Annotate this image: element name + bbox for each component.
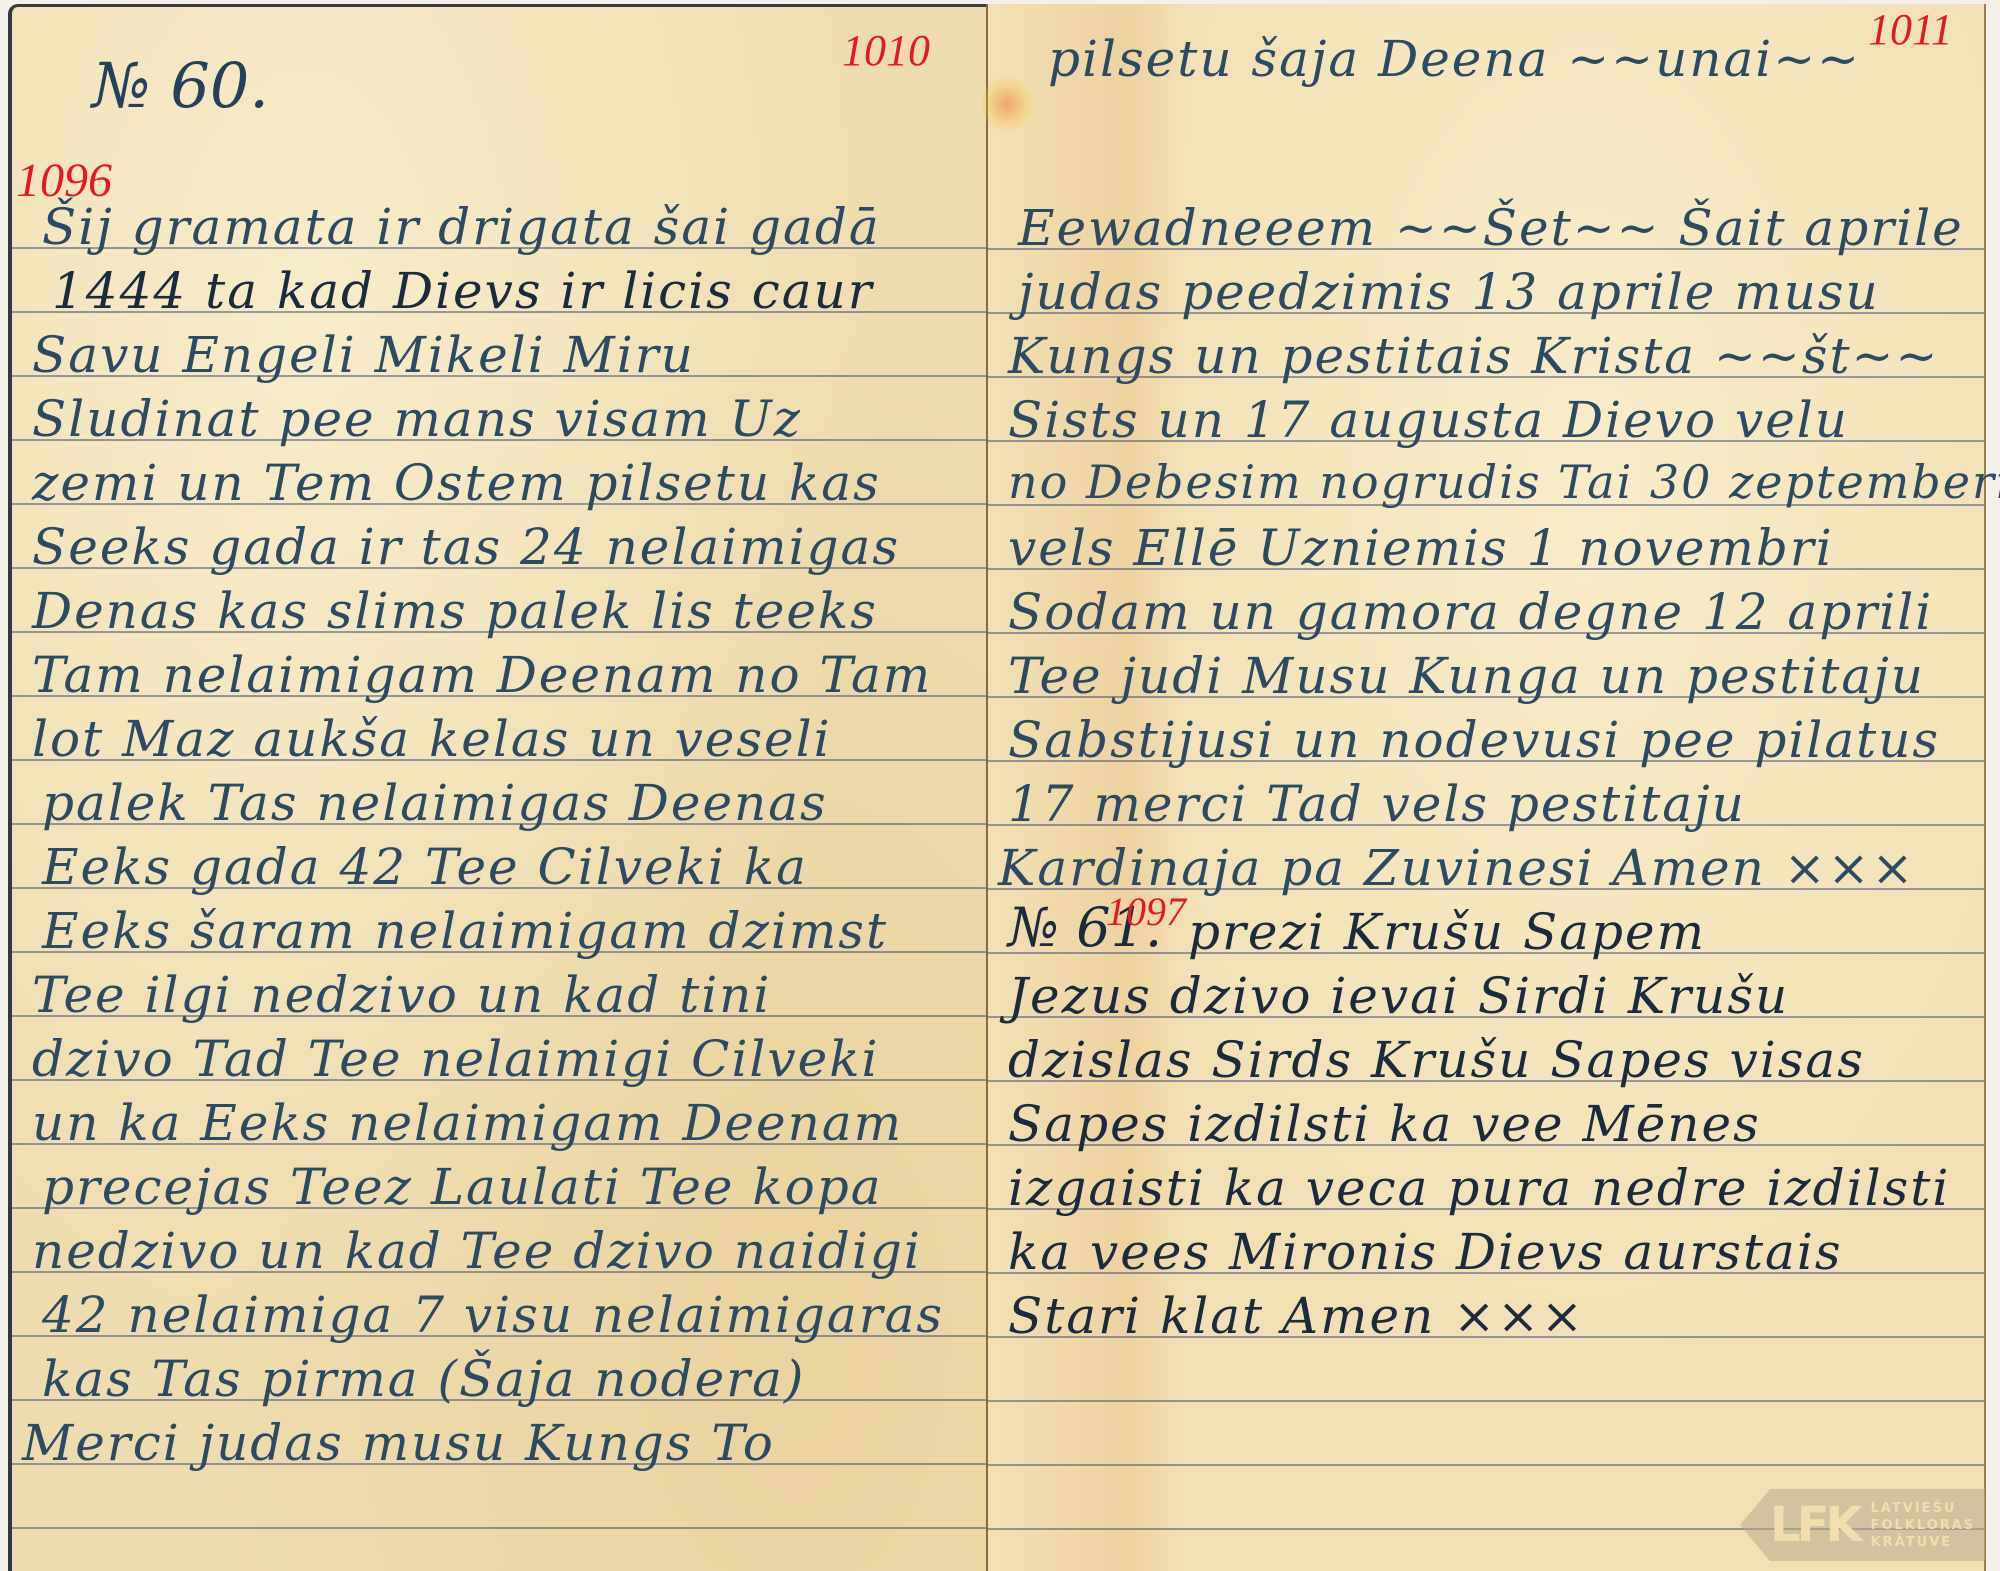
text-line: Sapes izdilsti ka vee Mēnes bbox=[1008, 1099, 1761, 1149]
left-page: № 60. 1010 1096 Šij gramata ir drigata š… bbox=[8, 4, 989, 1571]
text-line: 17 merci Tad vels pestitaju bbox=[1008, 779, 1746, 829]
text-line: no Debesim nogrudis Tai 30 zeptemberi bbox=[1008, 459, 2000, 505]
text-line: Savu Engeli Mikeli Miru bbox=[32, 330, 695, 380]
text-line: nedzivo un kad Tee dzivo naidigi bbox=[32, 1226, 922, 1276]
entry-number: № 60. bbox=[92, 55, 269, 117]
watermark-line: KRĀTUVE bbox=[1871, 1534, 1976, 1551]
text-line: Kardinaja pa Zuvinesi Amen ××× bbox=[998, 843, 1915, 893]
text-line: Sludinat pee mans visam Uz bbox=[32, 394, 802, 444]
text-line: palek Tas nelaimigas Deenas bbox=[42, 778, 828, 828]
ink-stain bbox=[982, 74, 1032, 134]
text-line: Eeks šaram nelaimigam dzimst bbox=[42, 906, 888, 956]
archive-watermark: LFK LATVIEŠU FOLKLORAS KRĀTUVE bbox=[1740, 1489, 1985, 1561]
text-line: 1444 ta kad Dievs ir licis caur bbox=[52, 266, 874, 316]
notebook-spread: № 60. 1010 1096 Šij gramata ir drigata š… bbox=[0, 0, 2000, 1571]
text-line: 42 nelaimiga 7 visu nelaimigaras bbox=[42, 1290, 944, 1340]
text-line: Tee ilgi nedzivo un kad tini bbox=[32, 970, 771, 1020]
text-line: Denas kas slims palek lis teeks bbox=[32, 586, 878, 636]
text-line: prezi Krušu Sapem bbox=[1188, 907, 1706, 957]
ruled-line bbox=[12, 1527, 989, 1529]
text-line: Eewadneeem ~~Šet~~ Šait aprile bbox=[1018, 203, 1964, 253]
text-line: lot Maz aukša kelas un veseli bbox=[32, 714, 832, 764]
text-line: vels Ellē Uzniemis 1 novembri bbox=[1008, 523, 1834, 573]
ruled-line bbox=[988, 1400, 1984, 1402]
text-line: Tee judi Musu Kunga un pestitaju bbox=[1008, 651, 1925, 701]
text-line: Stari klat Amen ××× bbox=[1008, 1291, 1585, 1341]
watermark-line: LATVIEŠU bbox=[1871, 1500, 1976, 1517]
right-page: 1011 pilsetu šaja Deena ~~unai~~ Eewadne… bbox=[986, 4, 1986, 1571]
page-number: 1011 bbox=[1868, 8, 1953, 52]
page-number: 1010 bbox=[842, 29, 930, 73]
text-line: Eeks gada 42 Tee Cilveki ka bbox=[42, 842, 808, 892]
text-line: dzivo Tad Tee nelaimigi Cilveki bbox=[32, 1034, 880, 1084]
text-line: Sists un 17 augusta Dievo velu bbox=[1008, 395, 1849, 445]
text-line: un ka Eeks nelaimigam Deenam bbox=[32, 1098, 903, 1148]
text-line: Sabstijusi un nodevusi pee pilatus bbox=[1008, 715, 1940, 765]
text-line: dzislas Sirds Krušu Sapes visas bbox=[1008, 1035, 1865, 1085]
text-line: Merci judas musu Kungs To bbox=[22, 1418, 775, 1468]
text-line: judas peedzimis 13 aprile musu bbox=[1018, 267, 1880, 317]
text-line: Šij gramata ir drigata šai gadā bbox=[42, 202, 881, 252]
text-line: Kungs un pestitais Krista ~~št~~ bbox=[1008, 331, 1939, 381]
item-number: 1097 bbox=[1106, 892, 1186, 932]
text-line: Jezus dzivo ievai Sirdi Krušu bbox=[1008, 971, 1789, 1021]
watermark-text: LATVIEŠU FOLKLORAS KRĀTUVE bbox=[1871, 1500, 1976, 1551]
watermark-line: FOLKLORAS bbox=[1871, 1517, 1976, 1534]
text-line: Tam nelaimigam Deenam no Tam bbox=[32, 650, 932, 700]
lfk-logo-icon: LFK bbox=[1770, 1497, 1859, 1553]
text-line: ka vees Mironis Dievs aurstais bbox=[1008, 1227, 1843, 1277]
text-line: precejas Teez Laulati Tee kopa bbox=[42, 1162, 883, 1212]
text-line: zemi un Tem Ostem pilsetu kas bbox=[32, 458, 881, 508]
text-line: pilsetu šaja Deena ~~unai~~ bbox=[1048, 34, 1861, 84]
text-line: Seeks gada ir tas 24 nelaimigas bbox=[32, 522, 900, 572]
ruled-line bbox=[988, 1464, 1984, 1466]
text-line: kas Tas pirma (Šaja nodera) bbox=[42, 1354, 805, 1404]
text-line: izgaisti ka veca pura nedre izdilsti bbox=[1008, 1163, 1950, 1213]
text-line: Sodam un gamora degne 12 aprili bbox=[1008, 587, 1933, 637]
